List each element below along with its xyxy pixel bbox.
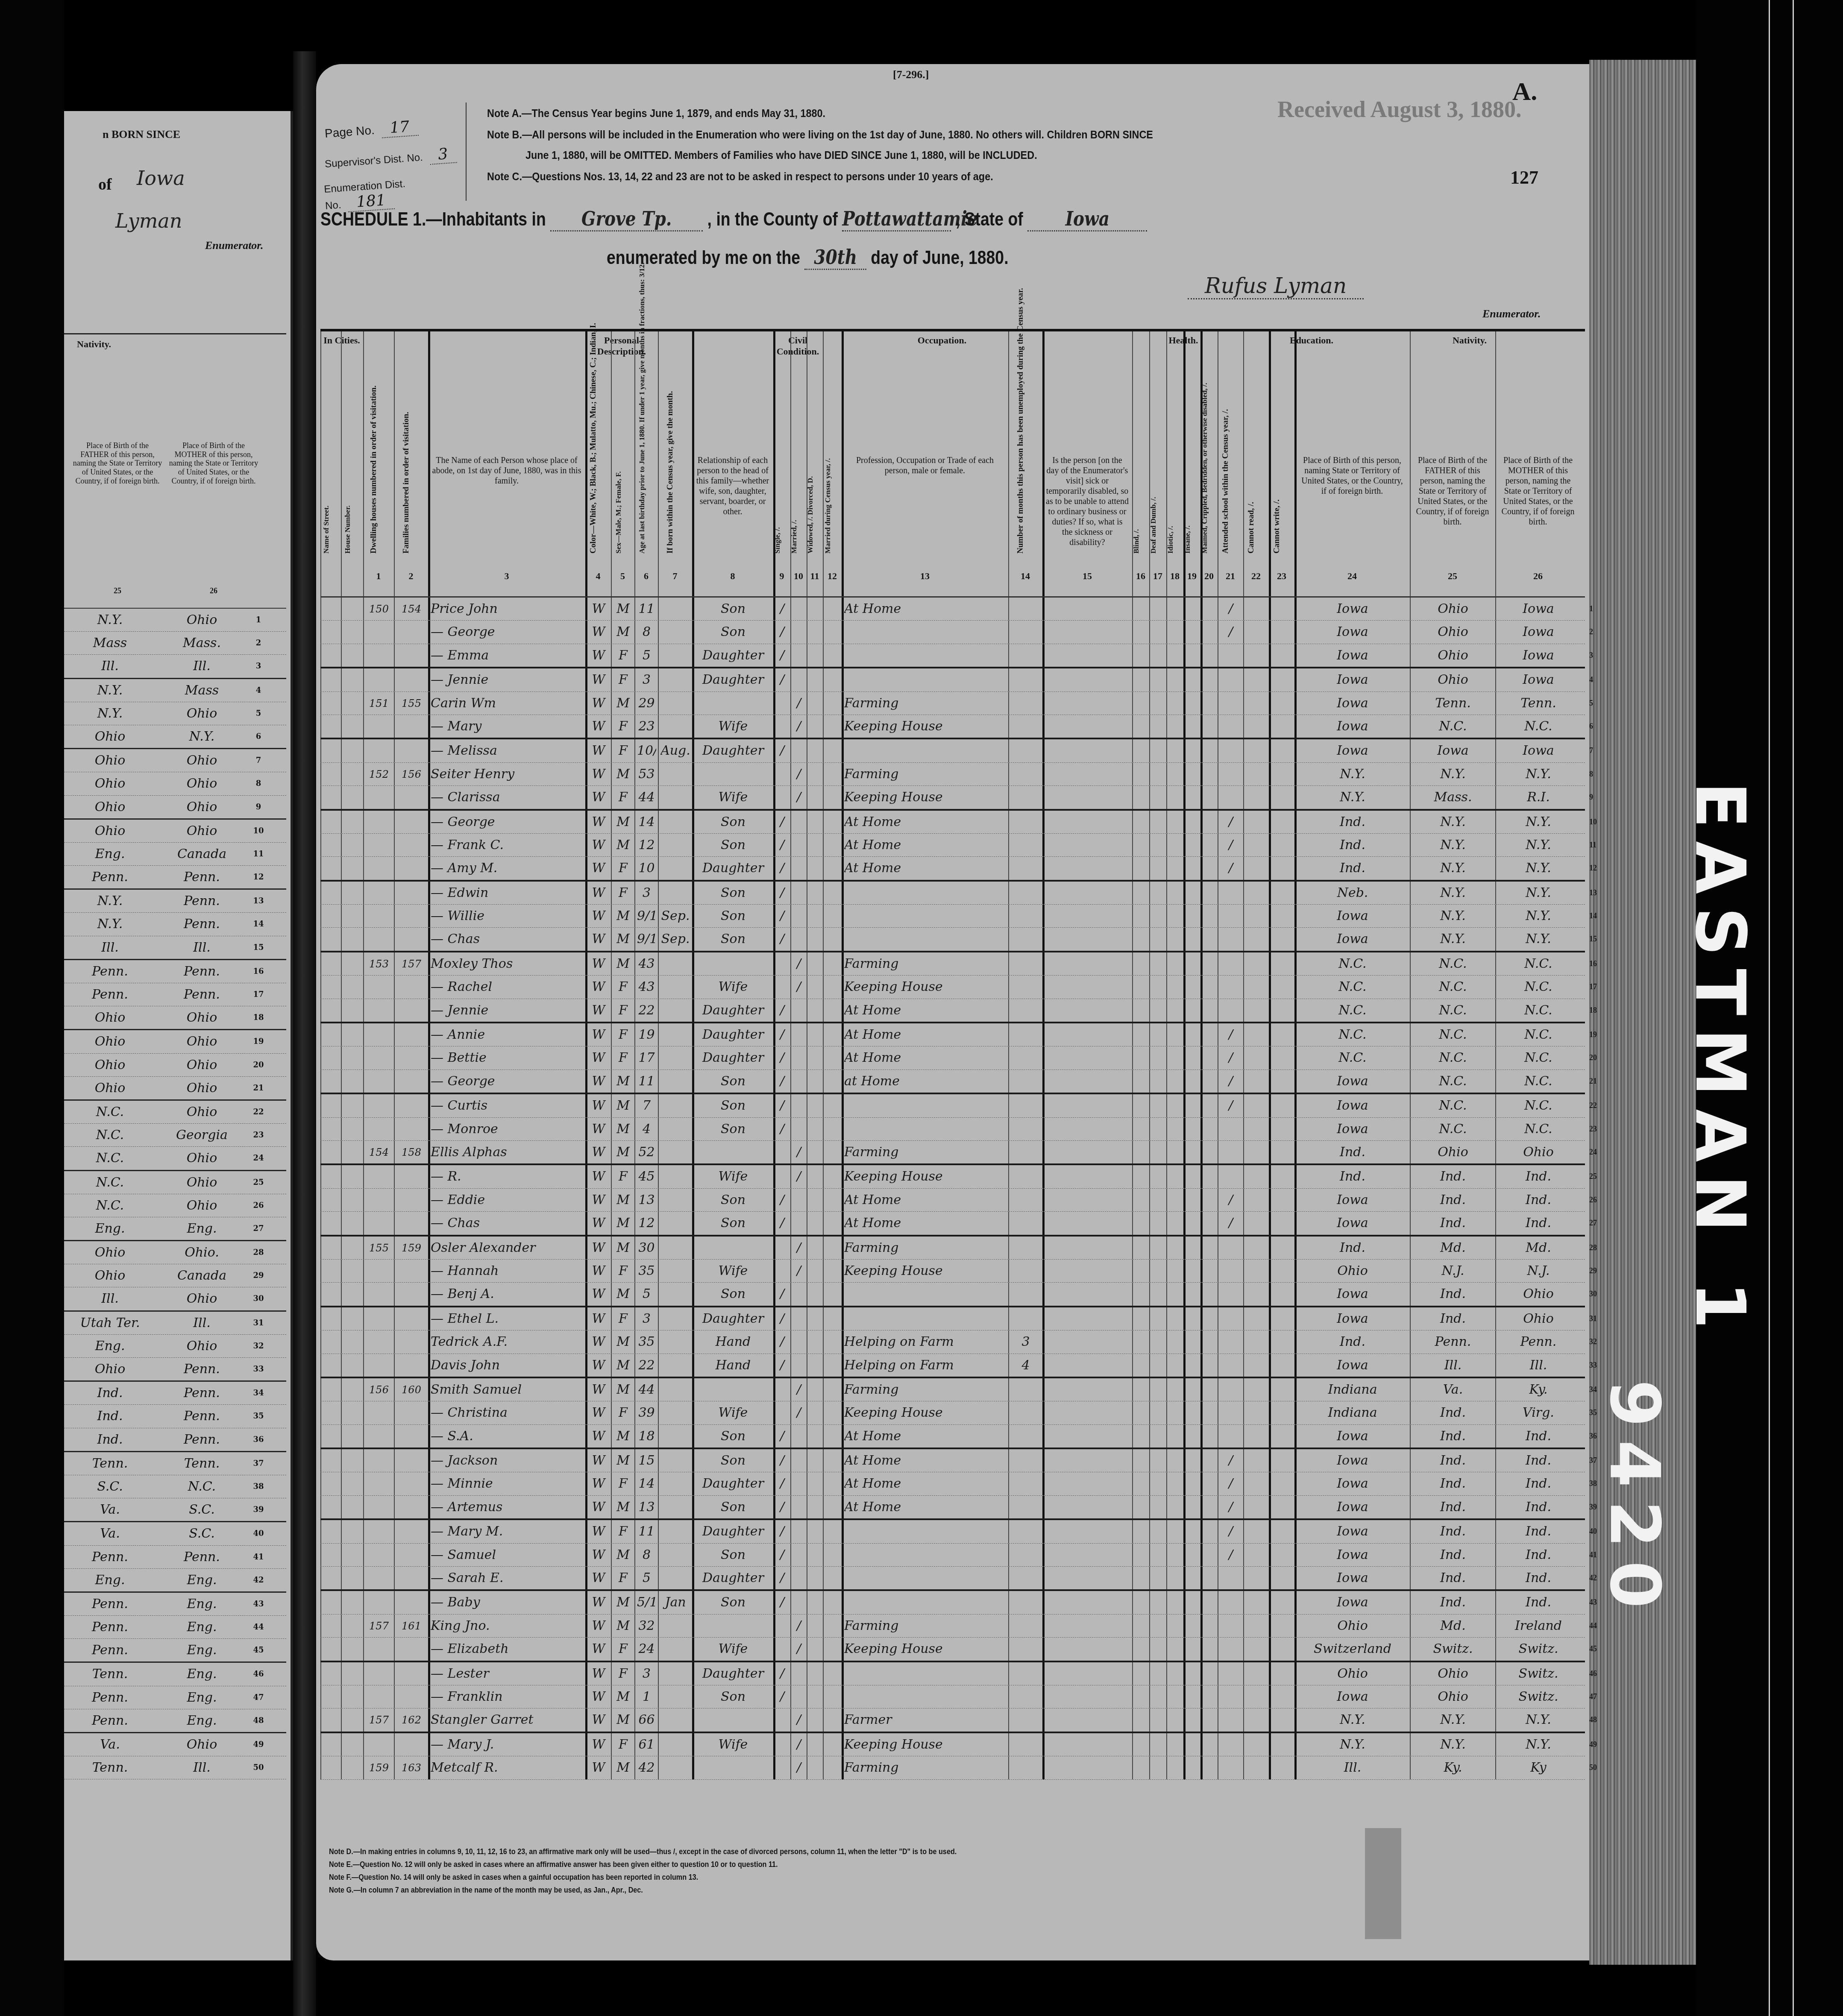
- column-divider: [790, 905, 791, 927]
- column-divider: [1200, 905, 1203, 927]
- column-divider: [807, 1733, 807, 1756]
- cell-relation: Hand: [695, 1354, 772, 1377]
- column-divider: [428, 1544, 430, 1566]
- cell-father: Md.: [1412, 1237, 1494, 1260]
- column-divider: [394, 786, 395, 809]
- cell-color: W: [588, 1520, 609, 1543]
- cell-color: W: [588, 857, 609, 880]
- column-divider: [823, 692, 824, 715]
- cell-mother: N.C.: [1498, 1046, 1579, 1070]
- left-page-row: OhioOhio21: [64, 1077, 286, 1101]
- column-divider: [341, 1708, 342, 1731]
- column-divider: [1132, 644, 1133, 667]
- column-divider: [341, 976, 342, 998]
- column-divider: [363, 1141, 364, 1163]
- column-divider: [1166, 1756, 1167, 1779]
- column-divider: [807, 331, 807, 596]
- column-divider: [394, 1496, 395, 1518]
- cell-single: /: [776, 1330, 789, 1354]
- column-divider: [773, 715, 775, 738]
- column-divider: [1218, 905, 1218, 927]
- cell-family: 159: [396, 1237, 426, 1260]
- column-divider: [428, 668, 430, 691]
- cell-occupation: Helping on Farm: [844, 1330, 1007, 1354]
- column-divider: [1269, 976, 1271, 998]
- column-divider: [394, 1425, 395, 1448]
- cell-age: 39: [637, 1401, 656, 1424]
- line-number: 29: [248, 1264, 269, 1287]
- cell-age: 32: [637, 1615, 656, 1638]
- column-divider: [1200, 1094, 1203, 1117]
- cell-mother: Ind.: [1498, 1472, 1579, 1495]
- cell-occupation: At Home: [844, 598, 1007, 621]
- column-divider: [1495, 882, 1496, 904]
- column-divider: [692, 739, 694, 762]
- column-divider: [634, 1094, 635, 1117]
- column-divider: [1269, 786, 1271, 809]
- column-divider: [823, 1520, 824, 1543]
- column-divider: [363, 1591, 364, 1614]
- cell-single: /: [776, 621, 789, 644]
- column-divider: [1410, 1567, 1411, 1589]
- column-divider: [634, 668, 635, 691]
- column-divider: [1269, 1708, 1271, 1731]
- father-birthplace: Penn.: [64, 1686, 156, 1709]
- cell-color: W: [588, 1189, 609, 1212]
- column-divider: [842, 1189, 844, 1211]
- cell-age: 45: [637, 1165, 656, 1188]
- column-divider: [1132, 1046, 1133, 1069]
- cell-color: W: [588, 1141, 609, 1164]
- column-divider: [790, 1260, 791, 1282]
- cell-name: — S.A.: [431, 1425, 584, 1448]
- column-divider: [807, 715, 807, 738]
- column-divider: [341, 1212, 342, 1234]
- line-number: 27: [248, 1217, 269, 1240]
- cell-mother: N.Y.: [1498, 811, 1579, 834]
- column-divider: [585, 1118, 587, 1140]
- line-number: 35: [248, 1405, 269, 1427]
- father-birthplace: Ind.: [64, 1428, 156, 1451]
- enumerated-line: enumerated by me on the 30th day of June…: [607, 246, 1009, 270]
- column-divider: [1183, 1165, 1186, 1188]
- column-divider: [394, 668, 395, 691]
- column-divider: [790, 1046, 791, 1069]
- column-divider: [658, 1237, 659, 1259]
- table-row: 151155Carin WmWM29/FarmingIowaTenn.Tenn.…: [320, 692, 1585, 715]
- column-divider: [692, 1567, 694, 1589]
- column-header-label: Cannot write, /.: [1272, 499, 1282, 554]
- column-divider: [1294, 1237, 1297, 1259]
- mother-birthplace: Ohio: [156, 609, 248, 631]
- column-divider: [1183, 1756, 1186, 1779]
- column-divider: [363, 834, 364, 856]
- cell-birth: Iowa: [1297, 1118, 1408, 1141]
- cell-sex: M: [613, 1141, 633, 1164]
- column-divider: [1042, 1165, 1045, 1188]
- column-divider: [320, 1141, 321, 1163]
- table-row: — AnnieWF19Daughter/At Home/N.C.N.C.N.C.…: [320, 1023, 1585, 1046]
- column-divider: [1410, 976, 1411, 998]
- group-nativity: Nativity.: [1354, 335, 1585, 346]
- left-page-row: N.C.Ohio22: [64, 1101, 286, 1124]
- column-divider: [1218, 976, 1218, 998]
- column-divider: [341, 1189, 342, 1211]
- cell-mother: Ill.: [1498, 1354, 1579, 1377]
- column-divider: [394, 1638, 395, 1660]
- column-divider: [1132, 331, 1133, 596]
- cell-mother: N.Y.: [1498, 928, 1579, 951]
- column-divider: [1183, 1591, 1186, 1614]
- cell-single: /: [776, 1189, 789, 1212]
- column-divider: [1183, 1354, 1186, 1377]
- column-divider: [1269, 1046, 1271, 1069]
- cell-married: /: [793, 1141, 805, 1164]
- column-divider: [1132, 1378, 1133, 1401]
- cell-relation: Wife: [695, 1638, 772, 1661]
- column-divider: [807, 739, 807, 762]
- left-page-row: OhioOhio20: [64, 1054, 286, 1077]
- column-divider: [363, 1567, 364, 1589]
- column-divider: [1269, 763, 1271, 785]
- line-number: 2: [1589, 627, 1593, 636]
- column-divider: [1200, 1070, 1203, 1093]
- cell-age: 3: [637, 1662, 656, 1685]
- column-divider: [807, 1567, 807, 1589]
- column-divider: [1218, 668, 1218, 691]
- census-table: In Cities. Personal Description. Civil C…: [320, 329, 1585, 1780]
- cell-father: Mass.: [1412, 786, 1494, 809]
- line-number: 8: [1589, 770, 1593, 779]
- column-divider: [341, 952, 342, 975]
- column-header-label: Number of months this person has been un…: [1016, 288, 1025, 554]
- column-divider: [1269, 1378, 1271, 1401]
- column-divider: [790, 811, 791, 833]
- column-divider: [1294, 1330, 1297, 1353]
- column-divider: [1132, 1070, 1133, 1093]
- father-birthplace: N.Y.: [64, 890, 156, 912]
- column-divider: [394, 1165, 395, 1188]
- left-page-row: N.Y.Penn.13: [64, 890, 286, 913]
- cell-dwelling: 155: [366, 1237, 392, 1260]
- column-header-label: Families numbered in order of visitation…: [402, 412, 411, 554]
- column-divider: [585, 1283, 587, 1305]
- column-divider: [320, 1307, 321, 1330]
- column-divider: [1269, 882, 1271, 904]
- column-divider: [634, 1401, 635, 1424]
- column-divider: [692, 1544, 694, 1566]
- column-divider: [1042, 1591, 1045, 1614]
- column-divider: [1410, 905, 1411, 927]
- father-birthplace: Penn.: [64, 1546, 156, 1568]
- cell-mother: Switz.: [1498, 1685, 1579, 1708]
- column-divider: [823, 1401, 824, 1424]
- note-a: Note A.—The Census Year begins June 1, 1…: [487, 107, 825, 120]
- column-divider: [790, 857, 791, 879]
- column-divider: [658, 598, 659, 620]
- column-divider: [1243, 1141, 1244, 1163]
- cell-age: 61: [637, 1733, 656, 1756]
- cell-family: 156: [396, 763, 426, 786]
- column-divider: [790, 928, 791, 950]
- cell-mother: N.Y.: [1498, 834, 1579, 857]
- column-divider: [807, 928, 807, 950]
- column-divider: [341, 331, 342, 596]
- cell-father: Ind.: [1412, 1567, 1494, 1590]
- father-birthplace: Ill.: [64, 936, 156, 959]
- cell-single: /: [776, 905, 789, 928]
- column-divider: [1495, 1708, 1496, 1731]
- column-divider: [1495, 692, 1496, 715]
- line-number: 42: [1589, 1574, 1597, 1582]
- column-divider: [341, 1260, 342, 1282]
- mother-birthplace: Ohio.: [156, 1241, 248, 1264]
- column-divider: [790, 692, 791, 715]
- column-header-23: Cannot write, /.: [1269, 370, 1294, 554]
- column-divider: [611, 1708, 612, 1731]
- cell-birth: Iowa: [1297, 715, 1408, 738]
- line-number: 24: [248, 1147, 269, 1169]
- column-divider: [585, 1046, 587, 1069]
- page-no-value: 17: [381, 117, 419, 138]
- column-divider: [1243, 1046, 1244, 1069]
- column-divider: [1166, 1283, 1167, 1305]
- column-divider: [692, 1212, 694, 1234]
- column-divider: [585, 1237, 587, 1259]
- column-divider: [1410, 952, 1411, 975]
- column-divider: [394, 811, 395, 833]
- column-divider: [363, 1023, 364, 1046]
- cell-age: 12: [637, 1212, 656, 1235]
- column-divider: [773, 1733, 775, 1756]
- column-divider: [1008, 1708, 1009, 1731]
- column-divider: [823, 1212, 824, 1234]
- cell-father: Ohio: [1412, 1141, 1494, 1164]
- table-row: — S.A.WM18Son/At HomeIowaInd.Ind.36: [320, 1425, 1585, 1449]
- cell-age: 24: [637, 1638, 656, 1661]
- column-divider: [634, 976, 635, 998]
- cell-color: W: [588, 1662, 609, 1685]
- column-divider: [790, 1685, 791, 1708]
- column-divider: [585, 1638, 587, 1660]
- column-divider: [1495, 1733, 1496, 1756]
- father-birthplace: Ohio: [64, 1264, 156, 1287]
- column-divider: [1183, 1708, 1186, 1731]
- left-page-row: S.C.N.C.38: [64, 1475, 286, 1498]
- column-divider: [1166, 1425, 1167, 1448]
- column-divider: [807, 1685, 807, 1708]
- column-divider: [1008, 1567, 1009, 1589]
- cell-mother: Md.: [1498, 1237, 1579, 1260]
- cell-school: /: [1220, 1070, 1241, 1093]
- table-row: — EdwinWF3Son/Neb.N.Y.N.Y.13: [320, 882, 1585, 905]
- column-divider: [1243, 1189, 1244, 1211]
- column-divider: [341, 1165, 342, 1188]
- table-row: — LesterWF3Daughter/OhioOhioSwitz.46: [320, 1662, 1585, 1685]
- column-divider: [1294, 1023, 1297, 1046]
- column-divider: [1294, 644, 1297, 667]
- cell-name: — Annie: [431, 1023, 584, 1046]
- cell-age: 15: [637, 1449, 656, 1472]
- column-divider: [611, 692, 612, 715]
- cell-sex: M: [613, 1070, 633, 1093]
- cell-family: 160: [396, 1378, 426, 1401]
- column-divider: [1218, 834, 1218, 856]
- cell-occupation: At Home: [844, 1472, 1007, 1495]
- column-divider: [1243, 1425, 1244, 1448]
- column-divider: [1149, 1307, 1150, 1330]
- column-divider: [634, 1567, 635, 1589]
- cell-color: W: [588, 1046, 609, 1070]
- column-divider: [1243, 1708, 1244, 1731]
- column-divider: [394, 1401, 395, 1424]
- column-divider: [807, 905, 807, 927]
- column-divider: [1243, 1118, 1244, 1140]
- column-divider: [634, 1378, 635, 1401]
- cell-name: Tedrick A.F.: [431, 1330, 584, 1354]
- column-divider: [1495, 1354, 1496, 1377]
- mother-birthplace: Canada: [156, 843, 248, 865]
- cell-sex: F: [613, 644, 633, 667]
- column-divider: [634, 1118, 635, 1140]
- column-divider: [1269, 1118, 1271, 1140]
- column-divider: [341, 692, 342, 715]
- cell-color: W: [588, 976, 609, 999]
- column-divider: [1132, 763, 1133, 785]
- column-divider: [773, 1260, 775, 1282]
- column-divider: [1008, 598, 1009, 620]
- column-divider: [341, 1307, 342, 1330]
- column-divider: [320, 331, 321, 596]
- column-divider: [1410, 1023, 1411, 1046]
- cell-color: W: [588, 1472, 609, 1495]
- column-divider: [1243, 1496, 1244, 1518]
- table-row: — MaryWF23Wife/Keeping HouseIowaN.C.N.C.…: [320, 715, 1585, 739]
- column-divider: [611, 1567, 612, 1589]
- column-header-label: Profession, Occupation or Trade of each …: [845, 455, 1005, 476]
- cell-color: W: [588, 905, 609, 928]
- cell-age: 5: [637, 1567, 656, 1590]
- column-divider: [428, 1307, 430, 1330]
- township-value: Grove Tp.: [550, 207, 703, 231]
- cell-father: N.J.: [1412, 1260, 1494, 1283]
- column-divider: [611, 763, 612, 785]
- column-divider: [634, 1756, 635, 1779]
- column-divider: [341, 1520, 342, 1543]
- mother-birthplace: Penn.: [156, 890, 248, 912]
- cell-occupation: Keeping House: [844, 1401, 1007, 1424]
- column-divider: [341, 739, 342, 762]
- cell-age: 43: [637, 952, 656, 976]
- cell-father: Switz.: [1412, 1638, 1494, 1661]
- column-divider: [1218, 692, 1218, 715]
- column-divider: [1495, 928, 1496, 950]
- column-divider: [773, 1496, 775, 1518]
- column-divider: [790, 763, 791, 785]
- cell-color: W: [588, 1591, 609, 1614]
- column-divider: [658, 976, 659, 998]
- column-divider: [1042, 621, 1045, 643]
- column-divider: [842, 644, 844, 667]
- cell-relation: Son: [695, 1591, 772, 1614]
- column-divider: [1183, 1046, 1186, 1069]
- line-number: 47: [248, 1686, 269, 1709]
- column-divider: [1149, 952, 1150, 975]
- father-birthplace: Ohio: [64, 796, 156, 818]
- cell-relation: Daughter: [695, 1662, 772, 1685]
- column-divider: [1243, 834, 1244, 856]
- column-divider: [1218, 1237, 1218, 1259]
- column-divider: [1200, 1283, 1203, 1305]
- line-number: 44: [1589, 1621, 1597, 1630]
- cell-birth: Iowa: [1297, 1094, 1408, 1117]
- column-divider: [773, 1046, 775, 1069]
- column-divider: [634, 1141, 635, 1163]
- cell-father: N.Y.: [1412, 1708, 1494, 1732]
- column-header-1: Dwelling houses numbered in order of vis…: [363, 370, 394, 554]
- column-divider: [807, 1237, 807, 1259]
- column-divider: [842, 1496, 844, 1518]
- column-divider: [428, 715, 430, 738]
- column-divider: [1218, 331, 1218, 596]
- column-divider: [428, 1638, 430, 1660]
- column-divider: [692, 598, 694, 620]
- cell-married: /: [793, 976, 805, 999]
- cell-family: 155: [396, 692, 426, 715]
- column-divider: [320, 1472, 321, 1495]
- column-number: 19: [1183, 571, 1200, 582]
- cell-relation: Daughter: [695, 739, 772, 762]
- column-divider: [1243, 1378, 1244, 1401]
- table-row: — WillieWM9/12Sep.Son/IowaN.Y.N.Y.14: [320, 905, 1585, 928]
- father-birthplace: Ohio: [64, 725, 156, 748]
- column-divider: [428, 976, 430, 998]
- cell-birth: Ind.: [1297, 1330, 1408, 1354]
- column-divider: [1243, 1330, 1244, 1353]
- column-divider: [1166, 1638, 1167, 1660]
- cell-school: /: [1220, 1094, 1241, 1117]
- column-divider: [807, 1425, 807, 1448]
- father-birthplace: Ohio: [64, 1054, 156, 1076]
- cell-married: /: [793, 692, 805, 715]
- column-divider: [1218, 857, 1218, 879]
- line-number: 49: [248, 1733, 269, 1756]
- column-divider: [692, 621, 694, 643]
- column-divider: [1218, 1094, 1218, 1117]
- column-divider: [1495, 1260, 1496, 1282]
- column-divider: [692, 1733, 694, 1756]
- cell-married: /: [793, 952, 805, 976]
- mother-birthplace: Ohio: [156, 1335, 248, 1357]
- column-divider: [807, 952, 807, 975]
- cell-single: /: [776, 1662, 789, 1685]
- left-page-row: Eng.Eng.27: [64, 1217, 286, 1241]
- column-divider: [634, 1283, 635, 1305]
- column-divider: [1200, 668, 1203, 691]
- column-divider: [1042, 905, 1045, 927]
- cell-sex: M: [613, 952, 633, 976]
- column-header-6: Age at last birthday prior to June 1, 18…: [634, 370, 658, 554]
- supervisor-label: Supervisor's Dist. No.: [324, 152, 423, 170]
- column-divider: [773, 1756, 775, 1779]
- cell-name: — George: [431, 811, 584, 834]
- column-divider: [1042, 644, 1045, 667]
- cell-single: /: [776, 857, 789, 880]
- column-divider: [790, 1567, 791, 1589]
- cell-name: Stangler Garret: [431, 1708, 584, 1732]
- col26-header: Place of Birth of the MOTHER of this per…: [169, 441, 258, 485]
- cell-month: Sep.: [660, 928, 690, 951]
